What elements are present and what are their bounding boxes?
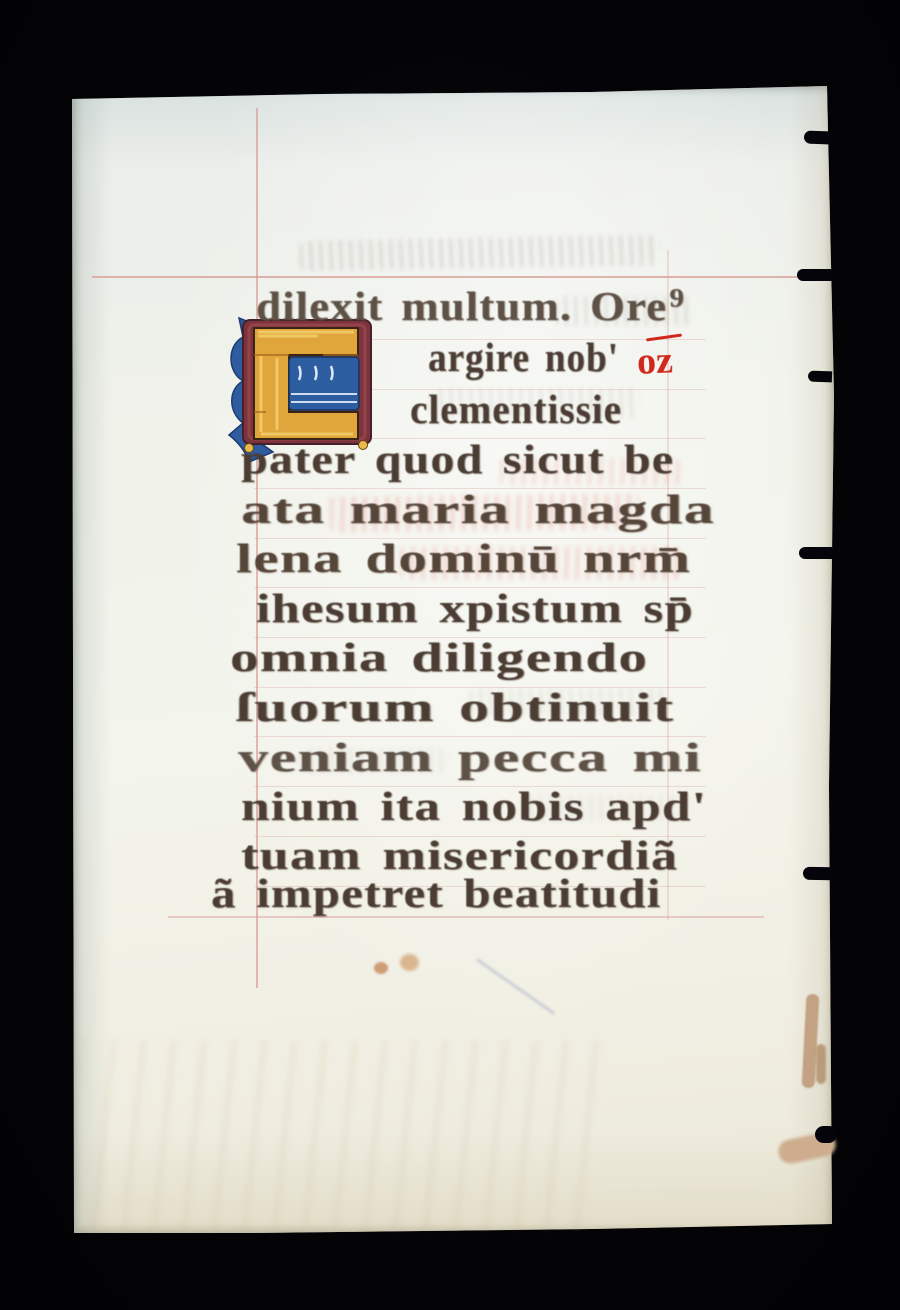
text-line: ihesum xpistum sp̄ [256,588,694,629]
ruling-top-horizontal [92,276,818,278]
text-line: ſuorum obtinuit [236,687,674,728]
text-line: veniam pecca mi [238,737,702,778]
binding-notch [804,131,832,145]
text-line: omnia diligendo [230,637,648,678]
text-line: dilexit multum. Ore9 [256,286,683,327]
text-line: ã impetret beatitudi [211,873,661,914]
manuscript-photo: { "palette": { "background": "#05050a", … [0,0,900,1310]
binding-notch [799,547,832,559]
binding-notch [808,371,832,383]
text-line: argire nob' [428,337,619,378]
abbreviation-sup: 9 [669,283,685,313]
text-line: lena dominū nrm̄ [236,538,691,579]
rubric-abbreviation: oz [636,338,673,383]
text-line: ata maria magda [241,489,715,530]
text-line: pater quod sicut be [241,439,674,480]
text-line: clementissie [410,389,622,430]
text-line: nium ita nobis apd' [241,786,707,827]
binding-notch [797,269,832,281]
binding-notch [803,867,833,881]
line-text: dilexit multum. Ore [256,283,667,329]
binding-notch [815,1126,837,1143]
